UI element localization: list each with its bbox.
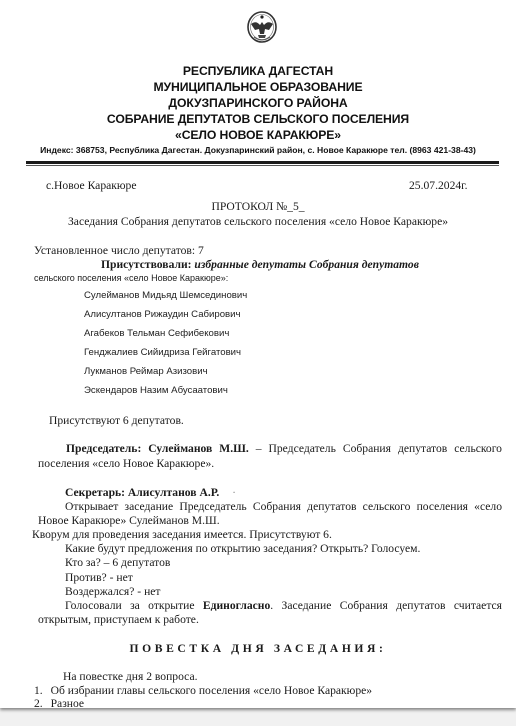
deputy-name: Сулейманов Мидьяд Шемсединович xyxy=(84,290,247,301)
agenda-item-text: Об избрании главы сельского поселения «с… xyxy=(51,684,372,697)
deputy-name: Эскендаров Назим Абусаатович xyxy=(84,385,228,396)
protocol-title: ПРОТОКОЛ №_5_ xyxy=(0,200,516,213)
agenda-item-number: 2. xyxy=(34,697,43,708)
deputy-name: Алисултанов Рижаудин Сабирович xyxy=(84,309,241,320)
header-divider-thin xyxy=(26,165,499,166)
chair-line: Председатель: Сулейманов М.Ш. – Председа… xyxy=(38,442,502,455)
present-heading: Присутствовали: избранные депутаты Собра… xyxy=(101,258,419,271)
vote-against: Против? - нет xyxy=(65,571,133,584)
deputy-name: Агабеков Тельман Сефибекович xyxy=(84,328,229,339)
secretary-line: Секретарь: Алисултанов А.Р. · xyxy=(65,486,236,499)
present-description-continued: сельского поселения «село Новое Каракюре… xyxy=(34,273,228,283)
header-line-village: «СЕЛО НОВОЕ КАРАКЮРЕ» xyxy=(0,128,516,142)
vote-abstain: Воздержался? - нет xyxy=(65,585,160,598)
agenda-item: 1. Об избрании главы сельского поселения… xyxy=(34,684,372,697)
document-place: с.Новое Каракюре xyxy=(46,179,137,192)
protocol-subtitle: Заседания Собрания депутатов сельского п… xyxy=(0,215,516,228)
chair-description-continued: поселения «село Новое Каракюре». xyxy=(38,457,214,470)
vote-result-suffix: . Заседание Собрания депутатов считается xyxy=(270,599,502,612)
vote-result: Голосовали за открытие Единогласно. Засе… xyxy=(38,599,502,612)
opening-statement: Открывает заседание Председатель Собрани… xyxy=(38,500,502,513)
header-divider xyxy=(26,161,499,164)
vote-result-prefix: Голосовали за открытие xyxy=(65,599,203,612)
header-line-republic: РЕСПУБЛИКА ДАГЕСТАН xyxy=(0,64,516,78)
agenda-item-number: 1. xyxy=(34,684,43,697)
agenda-title: ПОВЕСТКА ДНЯ ЗАСЕДАНИЯ: xyxy=(0,642,516,655)
secretary-mark: · xyxy=(232,486,236,499)
deputy-name: Генджалиев Сийидриза Гейгатович xyxy=(84,347,241,358)
present-description: избранные депутаты Собрания депутатов xyxy=(194,258,418,271)
secretary-label: Секретарь: Алисултанов А.Р. xyxy=(65,486,219,499)
established-deputy-count: Установленное число депутатов: 7 xyxy=(34,244,204,257)
dagestan-coat-of-arms-icon xyxy=(246,10,278,46)
agenda-intro: На повестке дня 2 вопроса. xyxy=(63,670,198,683)
vote-result-continued: открытым, приступаем к работе. xyxy=(38,613,199,626)
chair-description: – Председатель Собрания депутатов сельск… xyxy=(249,442,502,455)
header-line-municipality: МУНИЦИПАЛЬНОЕ ОБРАЗОВАНИЕ xyxy=(0,80,516,94)
opening-proposal: Какие будут предложения по открытию засе… xyxy=(65,542,420,555)
opening-statement-continued: Новое Каракюре» Сулейманов М.Ш. xyxy=(38,514,220,527)
deputy-name: Лукманов Реймар Азизович xyxy=(84,366,208,377)
agenda-item-text: Разное xyxy=(51,697,84,708)
vote-result-unanimous: Единогласно xyxy=(203,599,270,612)
present-label: Присутствовали: xyxy=(101,258,192,271)
header-line-assembly: СОБРАНИЕ ДЕПУТАТОВ СЕЛЬСКОГО ПОСЕЛЕНИЯ xyxy=(0,112,516,126)
header-line-district: ДОКУЗПАРИНСКОГО РАЙОНА xyxy=(0,96,516,110)
present-count: Присутствуют 6 депутатов. xyxy=(49,414,184,427)
chair-label: Председатель: Сулейманов М.Ш. xyxy=(66,442,249,455)
quorum-statement: Кворум для проведения заседания имеется.… xyxy=(32,528,332,541)
agenda-item: 2. Разное xyxy=(34,697,84,708)
header-address: Индекс: 368753, Республика Дагестан. Док… xyxy=(0,145,516,155)
document-page: РЕСПУБЛИКА ДАГЕСТАН МУНИЦИПАЛЬНОЕ ОБРАЗО… xyxy=(0,0,516,708)
vote-for: Кто за? – 6 депутатов xyxy=(65,556,170,569)
document-date: 25.07.2024г. xyxy=(409,179,468,192)
